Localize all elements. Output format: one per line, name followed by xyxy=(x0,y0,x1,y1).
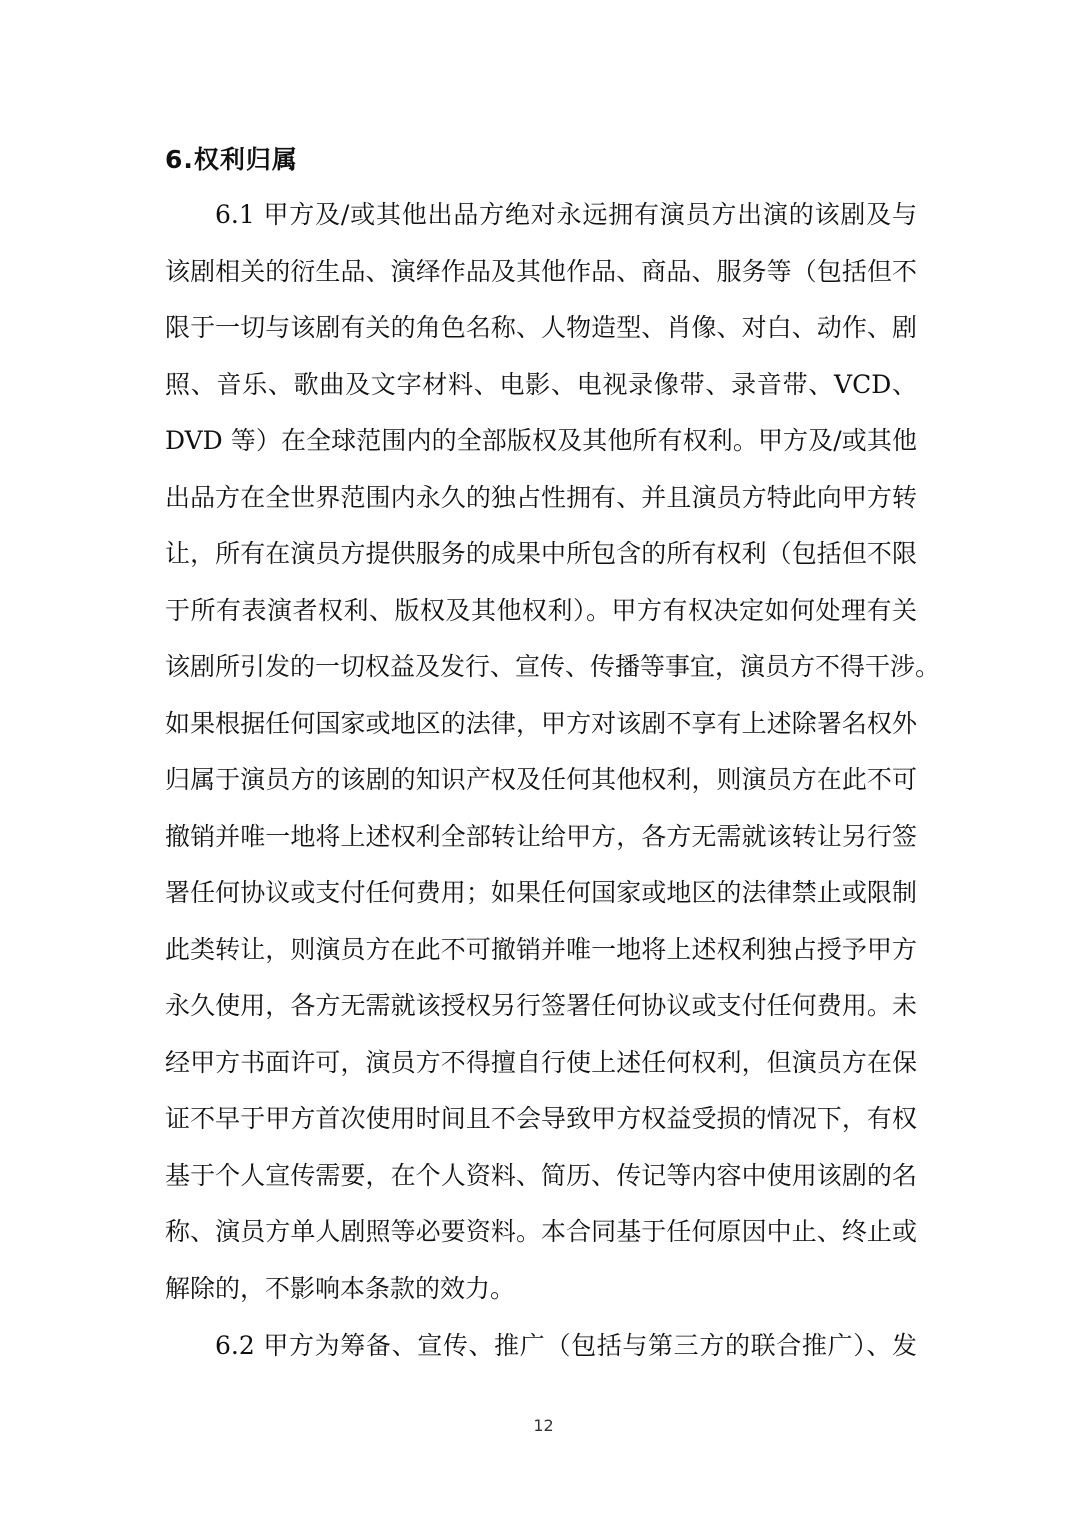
body-line: 限于一切与该剧有关的角色名称、人物造型、肖像、对白、动作、剧 xyxy=(165,309,917,347)
clause-6-1-line-1: 6.1 甲方及/或其他出品方绝对永远拥有演员方出演的该剧及与 xyxy=(215,196,917,234)
body-line: 署任何协议或支付任何费用；如果任何国家或地区的法律禁止或限制 xyxy=(165,874,917,912)
body-line: 该剧相关的衍生品、演绎作品及其他作品、商品、服务等（包括但不 xyxy=(165,253,917,291)
body-line: 该剧所引发的一切权益及发行、宣传、传播等事宜，演员方不得干涉。 xyxy=(165,648,917,686)
body-line: 于所有表演者权利、版权及其他权利）。甲方有权决定如何处理有关 xyxy=(165,592,917,630)
body-line: 永久使用，各方无需就该授权另行签署任何协议或支付任何费用。未 xyxy=(165,987,917,1025)
body-line: 照、音乐、歌曲及文字材料、电影、电视录像带、录音带、VCD、 xyxy=(165,366,917,404)
body-line: 经甲方书面许可，演员方不得擅自行使上述任何权利，但演员方在保 xyxy=(165,1044,917,1082)
body-line: 撤销并唯一地将上述权利全部转让给甲方，各方无需就该转让另行签 xyxy=(165,818,917,856)
body-line: 此类转让，则演员方在此不可撤销并唯一地将上述权利独占授予甲方 xyxy=(165,931,917,969)
body-line: 归属于演员方的该剧的知识产权及任何其他权利，则演员方在此不可 xyxy=(165,761,917,799)
page-number: 12 xyxy=(0,1416,1080,1435)
body-line-paragraph-end: 解除的，不影响本条款的效力。 xyxy=(165,1270,917,1308)
body-line: 基于个人宣传需要，在个人资料、简历、传记等内容中使用该剧的名 xyxy=(165,1157,917,1195)
body-line: 证不早于甲方首次使用时间且不会导致甲方权益受损的情况下，有权 xyxy=(165,1100,917,1138)
document-page: 6.权利归属 6.1 甲方及/或其他出品方绝对永远拥有演员方出演的该剧及与 该剧… xyxy=(0,0,1080,1527)
clause-6-2-line-1: 6.2 甲方为筹备、宣传、推广（包括与第三方的联合推广）、发 xyxy=(215,1327,917,1365)
body-line: 让，所有在演员方提供服务的成果中所包含的所有权利（包括但不限 xyxy=(165,535,917,573)
body-line: 称、演员方单人剧照等必要资料。本合同基于任何原因中止、终止或 xyxy=(165,1213,917,1251)
body-line: 如果根据任何国家或地区的法律，甲方对该剧不享有上述除署名权外 xyxy=(165,705,917,743)
body-line: 出品方在全世界范围内永久的独占性拥有、并且演员方特此向甲方转 xyxy=(165,479,917,517)
section-heading: 6.权利归属 xyxy=(165,141,298,179)
body-line: DVD 等）在全球范围内的全部版权及其他所有权利。甲方及/或其他 xyxy=(165,422,917,460)
